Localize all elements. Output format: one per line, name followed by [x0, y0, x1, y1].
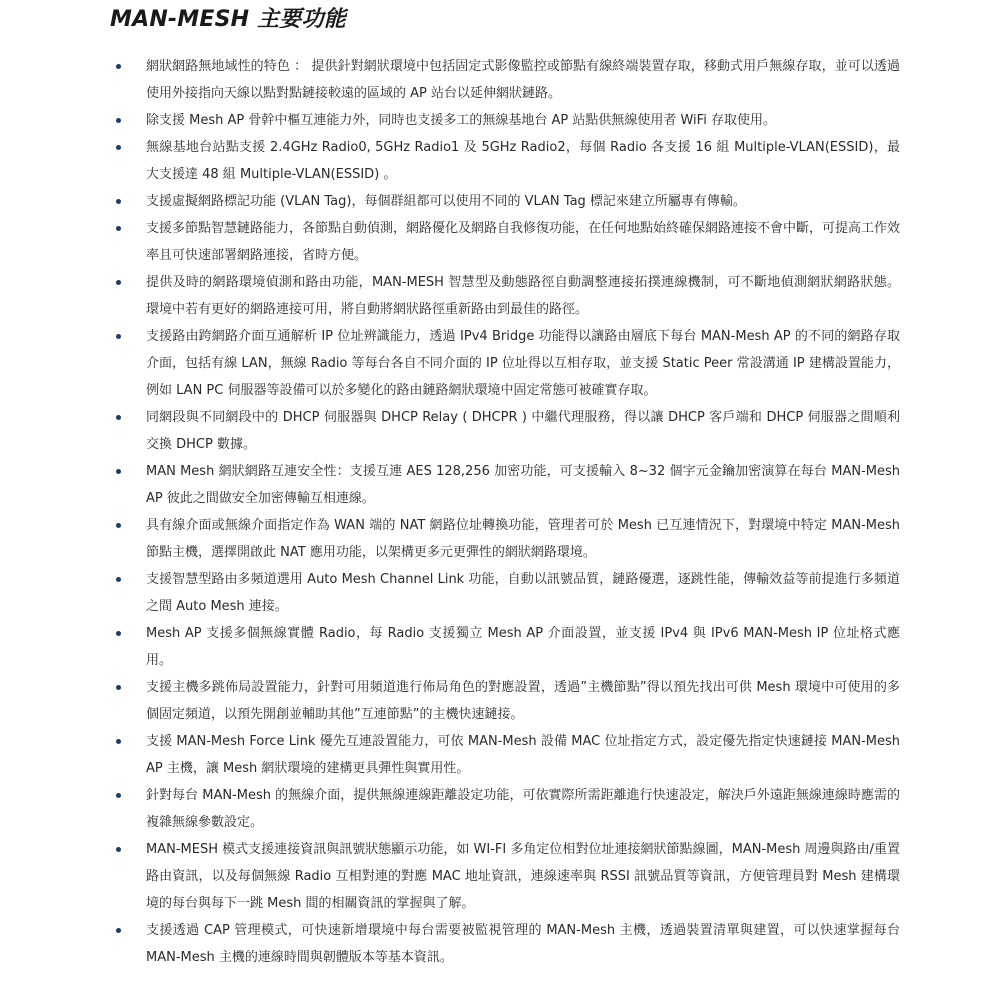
feature-text: 支援主機多跳佈局設置能力，針對可用頻道進行佈局角色的對應設置，透過”主機節點”得…: [146, 674, 900, 728]
bullet-icon: [116, 685, 121, 690]
feature-item: 支援主機多跳佈局設置能力，針對可用頻道進行佈局角色的對應設置，透過”主機節點”得…: [110, 674, 900, 728]
feature-item: MAN Mesh 網狀網路互連安全性：支援互連 AES 128,256 加密功能…: [110, 458, 900, 512]
bullet-icon: [116, 334, 121, 339]
bullet-icon: [116, 280, 121, 285]
feature-item: 支援 MAN-Mesh Force Link 優先互連設置能力，可依 MAN-M…: [110, 728, 900, 782]
feature-text: 針對每台 MAN-Mesh 的無線介面，提供無線連線距離設定功能，可依實際所需距…: [146, 782, 900, 836]
bullet-icon: [116, 226, 121, 231]
feature-item: Mesh AP 支援多個無線實體 Radio，每 Radio 支援獨立 Mesh…: [110, 620, 900, 674]
page-title: MAN-MESH 主要功能: [110, 2, 346, 33]
bullet-icon: [116, 928, 121, 933]
bullet-icon: [116, 199, 121, 204]
bullet-icon: [116, 469, 121, 474]
feature-text: 同網段與不同網段中的 DHCP 伺服器與 DHCP Relay ( DHCPR …: [146, 404, 900, 458]
feature-text: MAN-MESH 模式支援連接資訊與訊號狀態顯示功能，如 WI-FI 多角定位相…: [146, 836, 900, 917]
feature-text: 支援智慧型路由多頻道選用 Auto Mesh Channel Link 功能，自…: [146, 566, 900, 620]
bullet-icon: [116, 631, 121, 636]
bullet-icon: [116, 145, 121, 150]
feature-item: 網狀網路無地域性的特色 ： 提供針對網狀環境中包括固定式影像監控或節點有線終端裝…: [110, 53, 900, 107]
feature-text: MAN Mesh 網狀網路互連安全性：支援互連 AES 128,256 加密功能…: [146, 458, 900, 512]
feature-text: 支援多節點智慧鏈路能力，各節點自動偵測，網路優化及網路自我修復功能，在任何地點始…: [146, 215, 900, 269]
bullet-icon: [116, 793, 121, 798]
bullet-icon: [116, 118, 121, 123]
feature-text: 具有線介面或無線介面指定作為 WAN 端的 NAT 網路位址轉換功能，管理者可於…: [146, 512, 900, 566]
feature-item: 提供及時的網路環境偵測和路由功能，MAN-MESH 智慧型及動態路徑自動調整連接…: [110, 269, 900, 323]
bullet-icon: [116, 847, 121, 852]
feature-text: 網狀網路無地域性的特色 ： 提供針對網狀環境中包括固定式影像監控或節點有線終端裝…: [146, 53, 900, 107]
feature-text: 提供及時的網路環境偵測和路由功能，MAN-MESH 智慧型及動態路徑自動調整連接…: [146, 269, 900, 323]
feature-item: 支援透過 CAP 管理模式，可快速新增環境中每台需要被監視管理的 MAN-Mes…: [110, 917, 900, 971]
feature-item: 無線基地台站點支援 2.4GHz Radio0, 5GHz Radio1 及 5…: [110, 134, 900, 188]
bullet-icon: [116, 577, 121, 582]
feature-item: 除支援 Mesh AP 骨幹中樞互連能力外，同時也支援多工的無線基地台 AP 站…: [110, 107, 900, 134]
feature-item: 支援多節點智慧鏈路能力，各節點自動偵測，網路優化及網路自我修復功能，在任何地點始…: [110, 215, 900, 269]
feature-text: Mesh AP 支援多個無線實體 Radio，每 Radio 支援獨立 Mesh…: [146, 620, 900, 674]
feature-text: 除支援 Mesh AP 骨幹中樞互連能力外，同時也支援多工的無線基地台 AP 站…: [146, 107, 900, 134]
feature-text: 支援透過 CAP 管理模式，可快速新增環境中每台需要被監視管理的 MAN-Mes…: [146, 917, 900, 971]
feature-item: 支援智慧型路由多頻道選用 Auto Mesh Channel Link 功能，自…: [110, 566, 900, 620]
feature-text: 支援虛擬網路標記功能 (VLAN Tag)，每個群組都可以使用不同的 VLAN …: [146, 188, 900, 215]
feature-text: 支援 MAN-Mesh Force Link 優先互連設置能力，可依 MAN-M…: [146, 728, 900, 782]
feature-text: 支援路由跨網路介面互通解析 IP 位址辨識能力，透過 IPv4 Bridge 功…: [146, 323, 900, 404]
bullet-icon: [116, 64, 121, 69]
bullet-icon: [116, 739, 121, 744]
feature-item: 支援虛擬網路標記功能 (VLAN Tag)，每個群組都可以使用不同的 VLAN …: [110, 188, 900, 215]
feature-item: 支援路由跨網路介面互通解析 IP 位址辨識能力，透過 IPv4 Bridge 功…: [110, 323, 900, 404]
feature-item: 針對每台 MAN-Mesh 的無線介面，提供無線連線距離設定功能，可依實際所需距…: [110, 782, 900, 836]
bullet-icon: [116, 523, 121, 528]
feature-item: MAN-MESH 模式支援連接資訊與訊號狀態顯示功能，如 WI-FI 多角定位相…: [110, 836, 900, 917]
feature-text: 無線基地台站點支援 2.4GHz Radio0, 5GHz Radio1 及 5…: [146, 134, 900, 188]
feature-list: 網狀網路無地域性的特色 ： 提供針對網狀環境中包括固定式影像監控或節點有線終端裝…: [110, 53, 900, 971]
feature-item: 同網段與不同網段中的 DHCP 伺服器與 DHCP Relay ( DHCPR …: [110, 404, 900, 458]
feature-item: 具有線介面或無線介面指定作為 WAN 端的 NAT 網路位址轉換功能，管理者可於…: [110, 512, 900, 566]
bullet-icon: [116, 415, 121, 420]
